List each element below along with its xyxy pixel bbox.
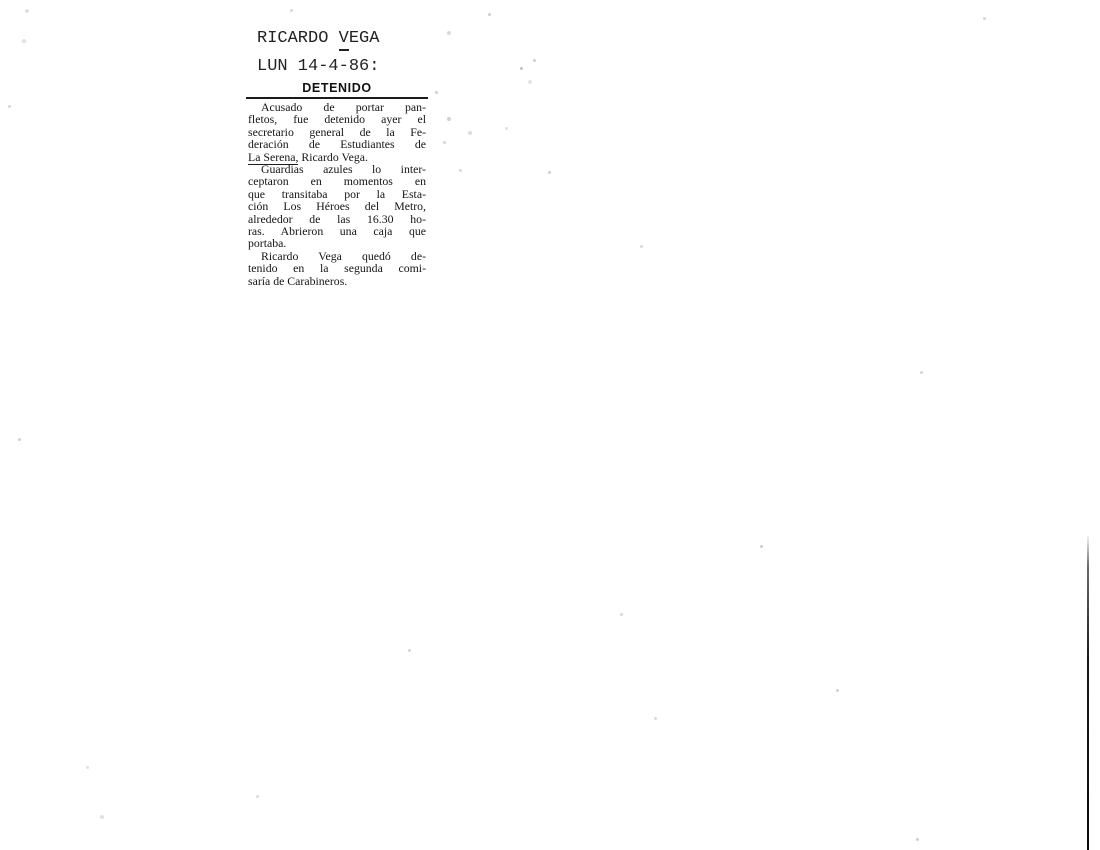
scan-noise-speck [22,39,26,43]
scan-noise-speck [620,613,623,616]
scan-noise-speck [640,245,643,248]
scan-noise-speck [505,127,508,130]
scan-noise-speck [86,766,89,769]
scan-noise-speck [760,545,763,548]
scan-noise-speck [447,117,451,121]
article-line: ceptaron en momentos en [248,175,426,187]
scan-noise-speck [528,80,532,84]
clipping-byline: RICARDO VEGA [257,29,379,49]
headline-rule [246,97,428,99]
scan-noise-speck [290,9,293,12]
scan-noise-speck [983,17,986,20]
scan-artifact-line [1087,534,1089,850]
scan-noise-speck [920,371,923,374]
scan-noise-speck [468,131,472,135]
scan-noise-speck [18,438,21,441]
byline-underlined-letter: V [339,29,349,51]
clipping-dateline: LUN 14-4-86: [257,57,379,77]
scan-noise-speck [447,31,451,35]
scan-noise-speck [408,649,411,652]
byline-prefix: RICARDO [257,29,339,48]
scan-noise-speck [8,105,11,108]
scan-noise-speck [256,795,259,798]
scanned-page: RICARDO VEGA LUN 14-4-86: DETENIDO Acusa… [0,0,1100,850]
scan-noise-speck [520,67,523,70]
article-column: Acusado de portar pan- fletos, fue deten… [248,101,426,287]
article-line: ción Los Héroes del Metro, [248,200,426,212]
scan-noise-speck [836,689,839,692]
scan-noise-speck [533,59,536,62]
article-line: tenido en la segunda comi- [248,262,426,274]
scan-noise-speck [100,815,104,819]
article-line: saría de Carabineros. [248,275,426,287]
scan-noise-speck [443,141,446,144]
scan-noise-speck [435,91,438,94]
scan-noise-speck [548,171,551,174]
scan-noise-speck [654,717,657,720]
article-line: portaba. [248,237,426,249]
article-headline: DETENIDO [246,81,428,95]
scan-noise-speck [488,13,491,16]
byline-suffix: EGA [349,29,380,48]
scan-noise-speck [25,9,29,13]
article-line: fletos, fue detenido ayer el [248,113,426,125]
scan-noise-speck [916,838,919,841]
scan-noise-speck [459,169,462,172]
